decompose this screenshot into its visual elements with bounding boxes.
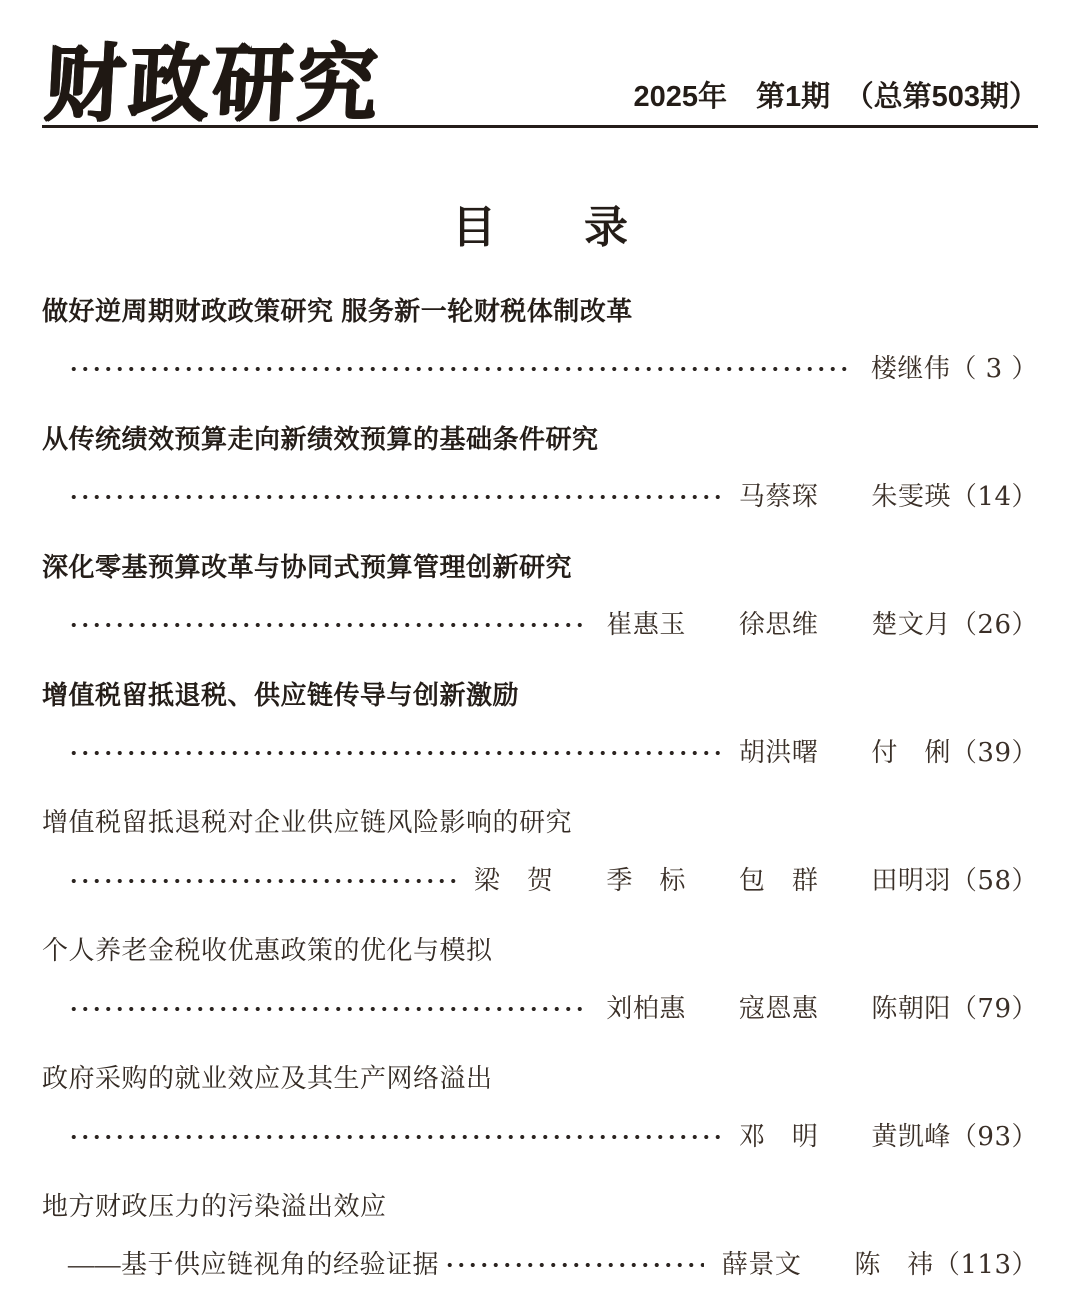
article-title: 从传统绩效预算走向新绩效预算的基础条件研究 [42, 424, 1038, 454]
toc-entry: 深化零基预算改革与协同式预算管理创新研究 崔惠玉 徐思维 楚文月（26） [42, 552, 1038, 640]
toc-entry: 个人养老金税收优惠政策的优化与模拟 刘柏惠 寇恩惠 陈朝阳（79） [42, 936, 1038, 1024]
article-byline: 马蔡琛 朱雯瑛（14） [739, 482, 1038, 512]
article-byline: 薛景文 陈 祎（113） [722, 1250, 1038, 1280]
leader-line: 马蔡琛 朱雯瑛（14） [42, 482, 1038, 512]
leader-line: 楼继伟（ 3 ） [42, 354, 1038, 384]
leader-line: 刘柏惠 寇恩惠 陈朝阳（79） [42, 994, 1038, 1024]
leader-line: ——基于供应链视角的经验证据 薛景文 陈 祎（113） [42, 1250, 1038, 1280]
journal-masthead: 财政研究 2025年 第1期 （总第503期） [42, 0, 1038, 125]
dotted-leader [68, 354, 853, 384]
toc-entry: 地方财政压力的污染溢出效应 ——基于供应链视角的经验证据 薛景文 陈 祎（113… [42, 1192, 1038, 1280]
article-subtitle: ——基于供应链视角的经验证据 [68, 1250, 439, 1280]
issue-info: 2025年 第1期 （总第503期） [633, 74, 1038, 125]
toc-entry: 从传统绩效预算走向新绩效预算的基础条件研究 马蔡琛 朱雯瑛（14） [42, 424, 1038, 512]
article-byline: 胡洪曙 付 俐（39） [739, 738, 1038, 768]
dotted-leader [68, 866, 456, 896]
dotted-leader [68, 994, 588, 1024]
article-title: 地方财政压力的污染溢出效应 [42, 1192, 1038, 1222]
article-title: 增值税留抵退税对企业供应链风险影响的研究 [42, 808, 1038, 838]
article-title: 做好逆周期财政政策研究 服务新一轮财税体制改革 [42, 296, 1038, 326]
article-byline: 邓 明 黄凯峰（93） [739, 1122, 1038, 1152]
article-title: 个人养老金税收优惠政策的优化与模拟 [42, 936, 1038, 966]
article-byline: 梁 贺 季 标 包 群 田明羽（58） [474, 866, 1038, 896]
toc-entry: 政府采购的就业效应及其生产网络溢出 邓 明 黄凯峰（93） [42, 1064, 1038, 1152]
leader-line: 崔惠玉 徐思维 楚文月（26） [42, 610, 1038, 640]
journal-logo: 财政研究 [42, 41, 382, 125]
dotted-leader [68, 1122, 721, 1152]
article-title: 政府采购的就业效应及其生产网络溢出 [42, 1064, 1038, 1094]
dotted-leader [444, 1250, 704, 1280]
dotted-leader [68, 610, 588, 640]
article-byline: 楼继伟（ 3 ） [871, 354, 1038, 384]
toc-entry: 增值税留抵退税对企业供应链风险影响的研究 梁 贺 季 标 包 群 田明羽（58） [42, 808, 1038, 896]
article-title: 深化零基预算改革与协同式预算管理创新研究 [42, 552, 1038, 582]
leader-line: 胡洪曙 付 俐（39） [42, 738, 1038, 768]
leader-line: 邓 明 黄凯峰（93） [42, 1122, 1038, 1152]
toc-list: 做好逆周期财政政策研究 服务新一轮财税体制改革 楼继伟（ 3 ） 从传统绩效预算… [42, 296, 1038, 1280]
leader-line: 梁 贺 季 标 包 群 田明羽（58） [42, 866, 1038, 896]
toc-entry: 做好逆周期财政政策研究 服务新一轮财税体制改革 楼继伟（ 3 ） [42, 296, 1038, 384]
article-byline: 刘柏惠 寇恩惠 陈朝阳（79） [606, 994, 1038, 1024]
dotted-leader [68, 482, 721, 512]
toc-entry: 增值税留抵退税、供应链传导与创新激励 胡洪曙 付 俐（39） [42, 680, 1038, 768]
article-title: 增值税留抵退税、供应链传导与创新激励 [42, 680, 1038, 710]
toc-heading: 目 录 [42, 206, 1038, 250]
dotted-leader [68, 738, 721, 768]
article-byline: 崔惠玉 徐思维 楚文月（26） [606, 610, 1038, 640]
